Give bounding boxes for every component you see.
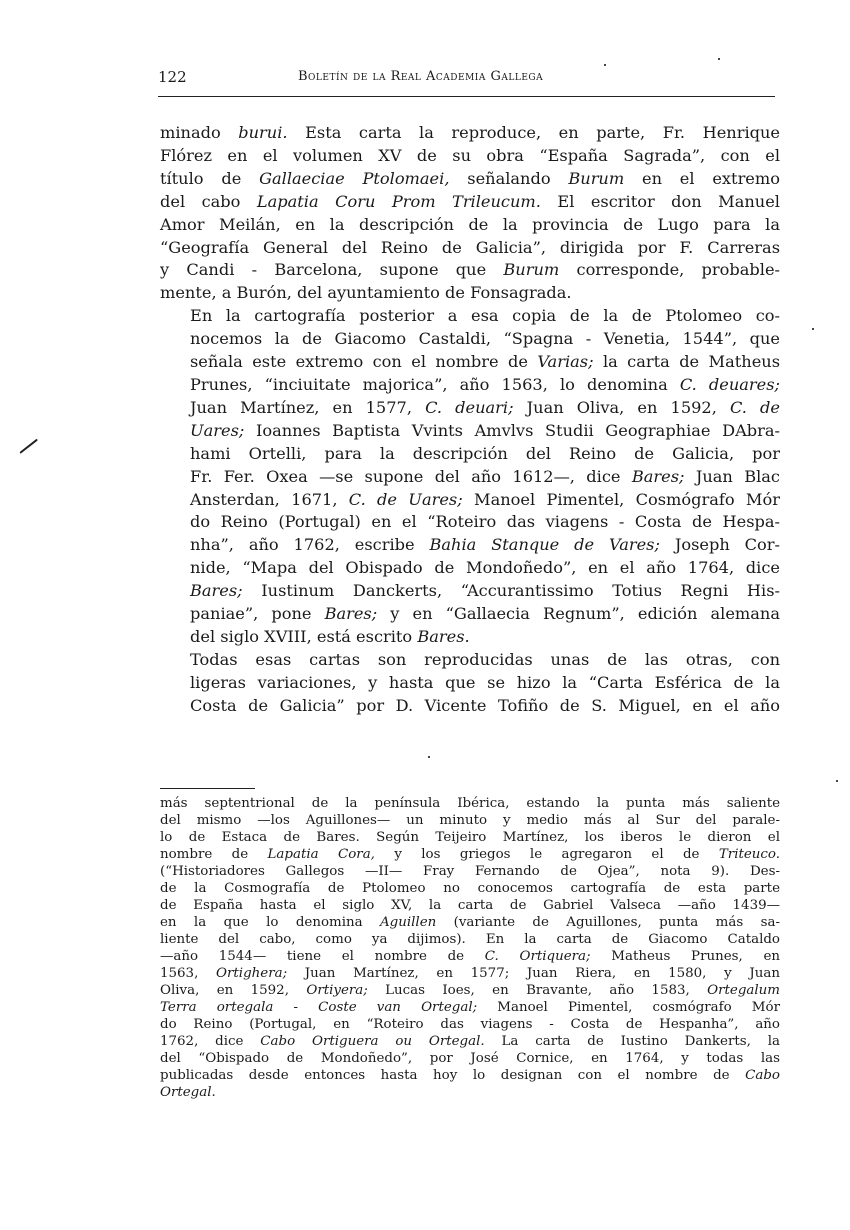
- text-line: 1563, Ortighera; Juan Martínez, en 1577;…: [160, 965, 780, 982]
- footnote: más septentrional de la península Ibéric…: [160, 795, 780, 1101]
- scan-speck: [428, 756, 430, 758]
- scan-speck: [836, 780, 838, 782]
- text-line: título de Gallaeciae Ptolomaei, señaland…: [160, 168, 780, 191]
- text-line: de la Cosmografía de Ptolomeo no conocem…: [160, 880, 780, 897]
- text-line: más septentrional de la península Ibéric…: [160, 795, 780, 812]
- text-line: nocemos la de Giacomo Castaldi, “Spagna …: [160, 328, 780, 351]
- text-line: Oliva, en 1592, Ortiyera; Lucas Ioes, en…: [160, 982, 780, 999]
- footnote-rule: [160, 788, 255, 789]
- scan-speck: [718, 58, 720, 60]
- paragraph: minado burui. Esta carta la reproduce, e…: [160, 122, 780, 305]
- text-line: do Reino (Portugal) en el “Roteiro das v…: [160, 511, 780, 534]
- text-line: hami Ortelli, para la descripción del Re…: [160, 443, 780, 466]
- paragraph: Todas esas cartas son reproducidas unas …: [160, 649, 780, 718]
- header-rule: [158, 96, 775, 97]
- text-line: Flórez en el volumen XV de su obra “Espa…: [160, 145, 780, 168]
- text-line: minado burui. Esta carta la reproduce, e…: [160, 122, 780, 145]
- text-line: Prunes, “inciuitate majorica”, año 1563,…: [160, 374, 780, 397]
- paragraph: En la cartografía posterior a esa copia …: [160, 305, 780, 649]
- text-line: paniae”, pone Bares; y en “Gallaecia Reg…: [160, 603, 780, 626]
- text-line: del siglo XVIII, está escrito Bares.: [160, 626, 780, 649]
- text-line: lo de Estaca de Bares. Según Teijeiro Ma…: [160, 829, 780, 846]
- text-line: Bares; Iustinum Danckerts, “Accurantissi…: [160, 580, 780, 603]
- text-line: Fr. Fer. Oxea —se supone del año 1612—, …: [160, 466, 780, 489]
- main-text: minado burui. Esta carta la reproduce, e…: [160, 122, 780, 718]
- text-line: Amor Meilán, en la descripción de la pro…: [160, 214, 780, 237]
- scan-speck: [812, 328, 814, 330]
- scan-speck: [604, 64, 606, 66]
- text-line: Costa de Galicia” por D. Vicente Tofiño …: [160, 695, 780, 718]
- text-line: nombre de Lapatia Cora, y los griegos le…: [160, 846, 780, 863]
- text-line: “Geografía General del Reino de Galicia”…: [160, 237, 780, 260]
- text-line: del cabo Lapatia Coru Prom Trileucum. El…: [160, 191, 780, 214]
- text-line: publicadas desde entonces hasta hoy lo d…: [160, 1067, 780, 1084]
- text-line: Uares; Ioannes Baptista Vvints Amvlvs St…: [160, 420, 780, 443]
- text-line: Ansterdan, 1671, C. de Uares; Manoel Pim…: [160, 489, 780, 512]
- text-line: liente del cabo, como ya dijimos). En la…: [160, 931, 780, 948]
- text-line: y Candi - Barcelona, supone que Burum co…: [160, 259, 780, 282]
- text-line: nide, “Mapa del Obispado de Mondoñedo”, …: [160, 557, 780, 580]
- running-title: Boletín de la Real Academia Gallega: [298, 69, 543, 84]
- text-line: do Reino (Portugal, en “Roteiro das viag…: [160, 1016, 780, 1033]
- text-line: mente, a Burón, del ayuntamiento de Fons…: [160, 282, 780, 305]
- text-line: Todas esas cartas son reproducidas unas …: [160, 649, 780, 672]
- text-line: Terra ortegala - Coste van Ortegal; Mano…: [160, 999, 780, 1016]
- text-line: En la cartografía posterior a esa copia …: [160, 305, 780, 328]
- text-line: —año 1544— tiene el nombre de C. Ortique…: [160, 948, 780, 965]
- text-line: nha”, año 1762, escribe Bahia Stanque de…: [160, 534, 780, 557]
- text-line: del “Obispado de Mondoñedo”, por José Co…: [160, 1050, 780, 1067]
- text-line: Juan Martínez, en 1577, C. deuari; Juan …: [160, 397, 780, 420]
- text-line: ligeras variaciones, y hasta que se hizo…: [160, 672, 780, 695]
- page-number: 122: [158, 68, 187, 86]
- text-line: (“Historiadores Gallegos —II— Fray Ferna…: [160, 863, 780, 880]
- text-line: del mismo —los Aguillones— un minuto y m…: [160, 812, 780, 829]
- text-line: señala este extremo con el nombre de Var…: [160, 351, 780, 374]
- text-line: en la que lo denomina Aguillen (variante…: [160, 914, 780, 931]
- page-header: 122 Boletín de la Real Academia Gallega: [158, 68, 775, 86]
- margin-pen-mark: [19, 439, 38, 454]
- text-line: 1762, dice Cabo Ortiguera ou Ortegal. La…: [160, 1033, 780, 1050]
- text-line: de España hasta el siglo XV, la carta de…: [160, 897, 780, 914]
- text-line: Ortegal.: [160, 1084, 780, 1101]
